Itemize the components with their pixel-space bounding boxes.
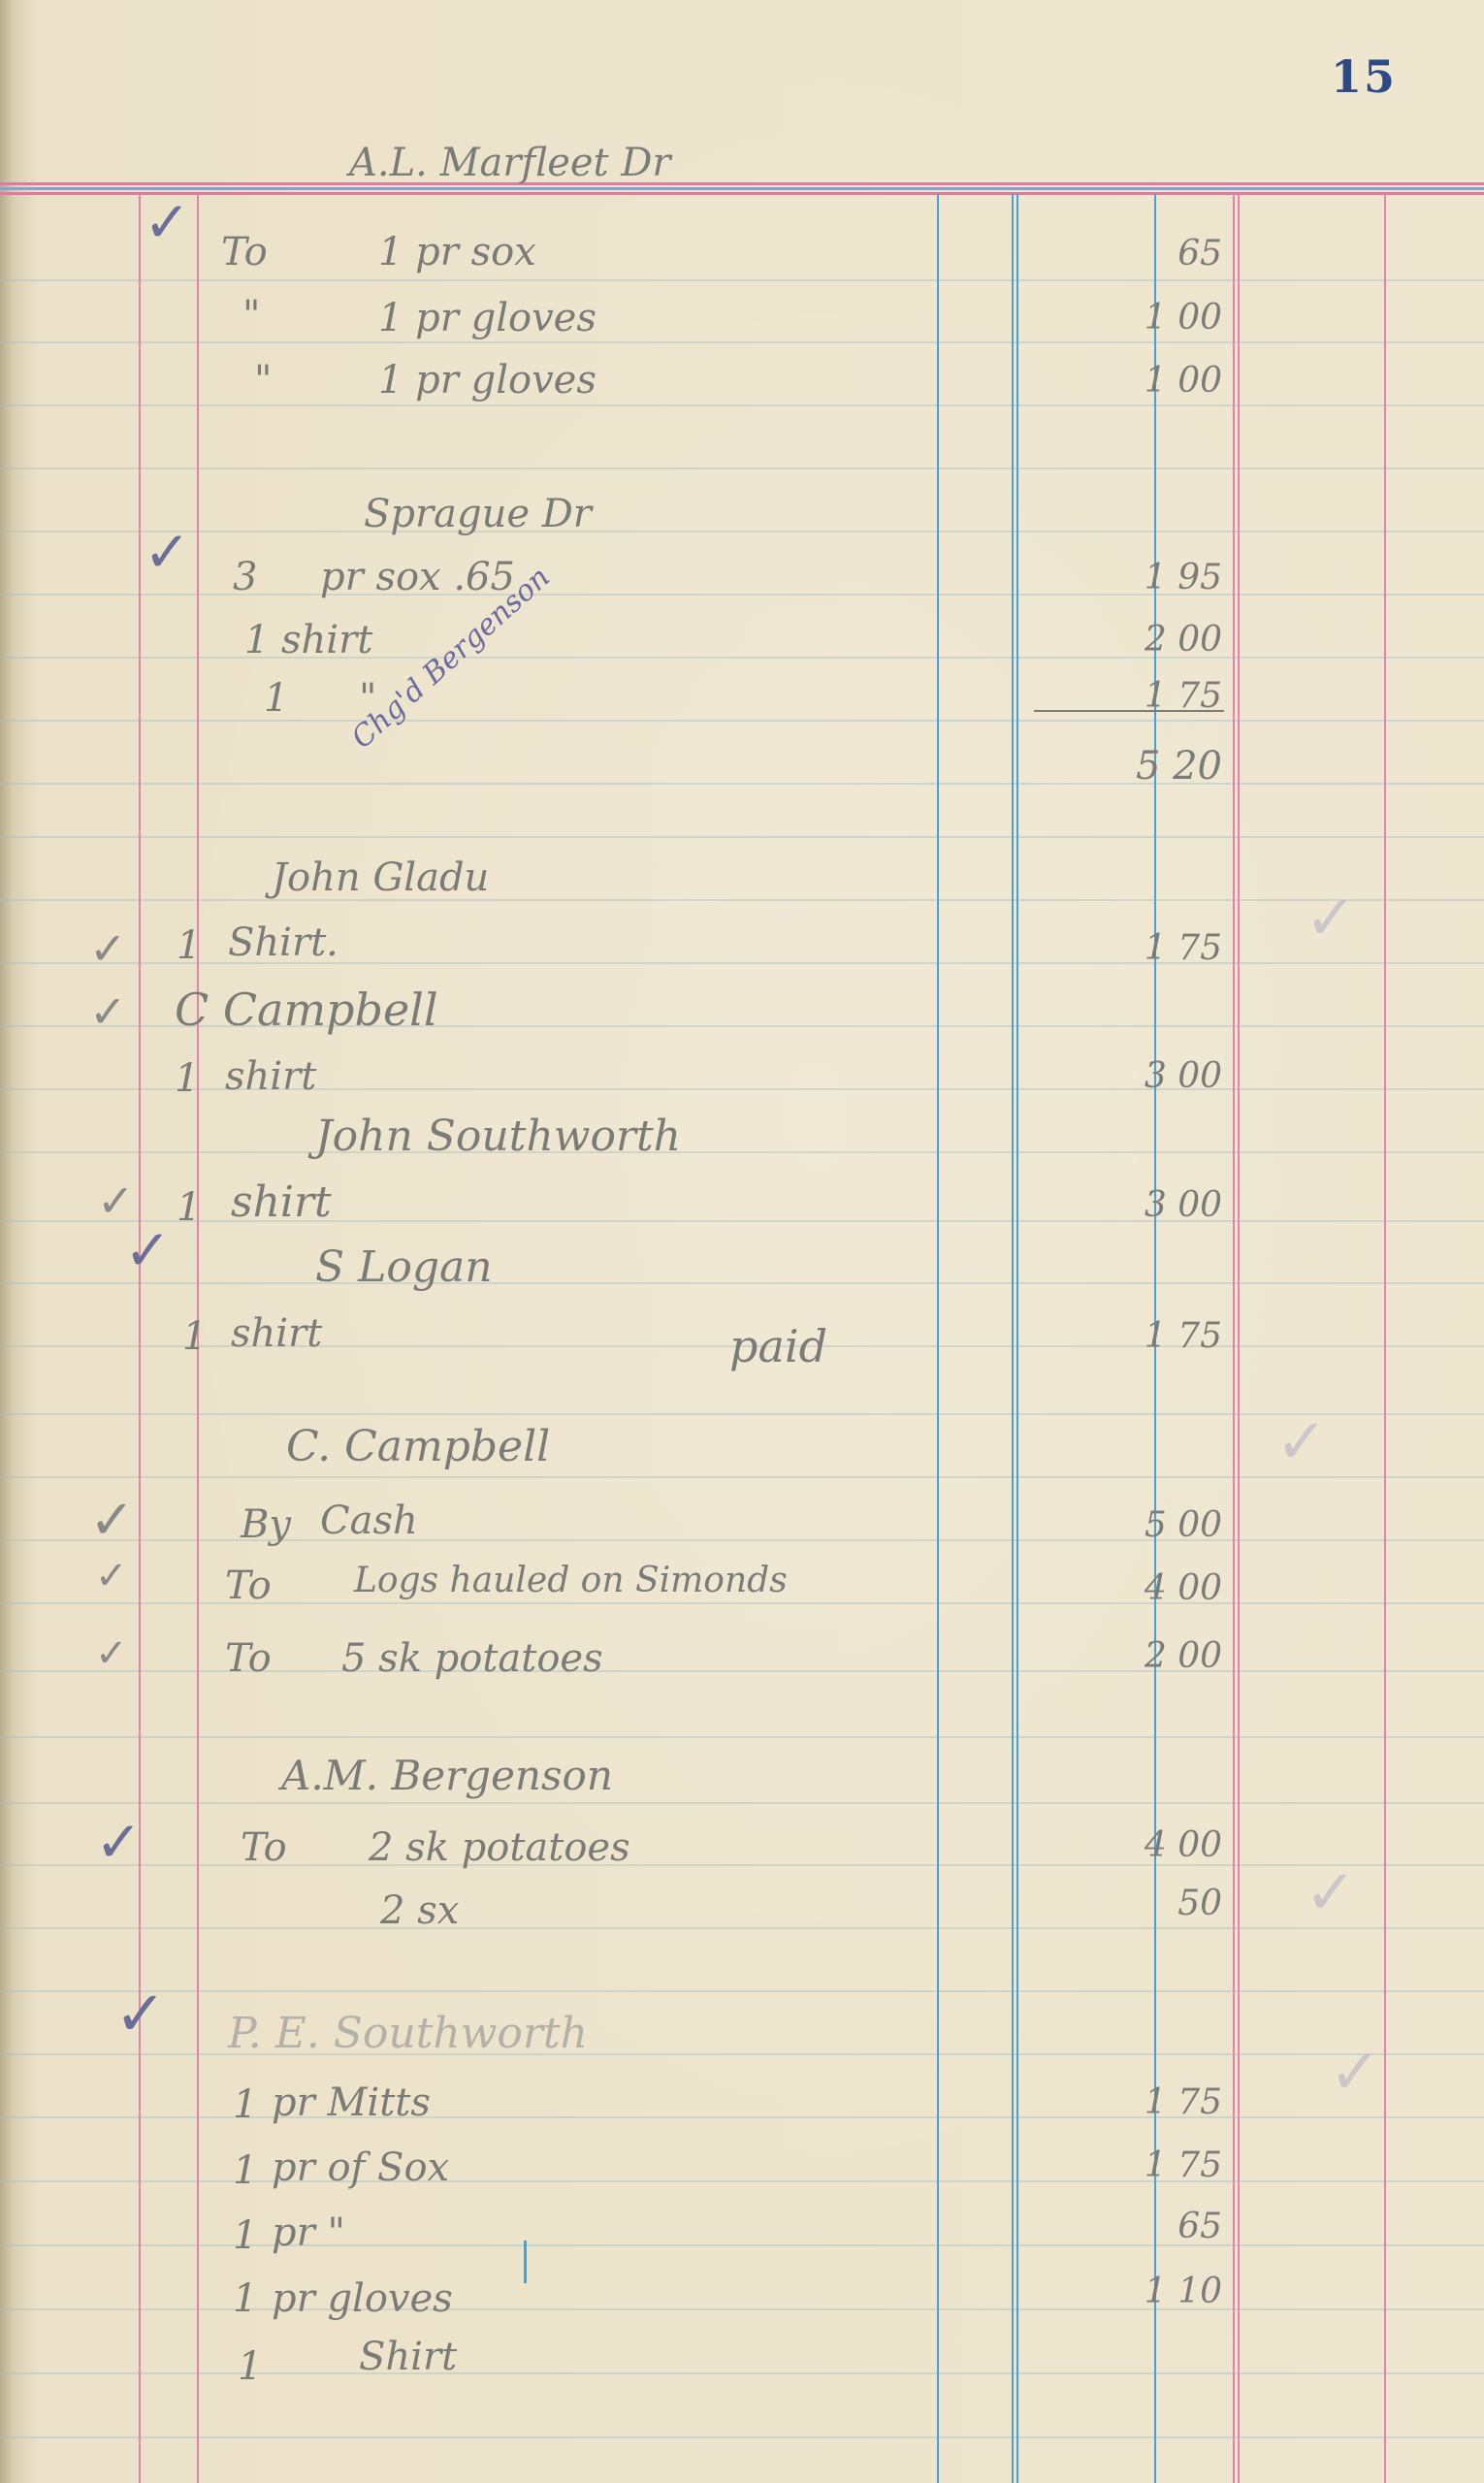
- entry-amount: 1 75: [1067, 2085, 1222, 2120]
- entry-description: 1 pr gloves: [378, 361, 597, 400]
- entry-amount: 3 00: [1067, 1059, 1222, 1094]
- entry-amount: 2 00: [1067, 623, 1222, 658]
- ruled-line: [0, 531, 1484, 532]
- ghost-check-icon: ✓: [1305, 1862, 1357, 1924]
- entry-amount: 65: [1067, 2209, 1222, 2244]
- entry-prefix: By: [241, 1505, 291, 1544]
- entry-description: pr of Sox: [272, 2148, 449, 2187]
- account-total: 5 20: [1067, 747, 1222, 786]
- ruled-line: [0, 2053, 1484, 2055]
- entry-prefix: ": [242, 296, 260, 335]
- column-rule: [937, 194, 939, 2483]
- entry-prefix: 1: [233, 2151, 257, 2190]
- ruled-line: [0, 2436, 1484, 2438]
- entry-prefix: 1: [177, 926, 201, 965]
- check-icon: ✓: [89, 1494, 135, 1548]
- sum-underline: [1034, 710, 1224, 712]
- ruled-line: [0, 1476, 1484, 1478]
- entry-amount: 1 95: [1067, 561, 1222, 596]
- paid-note: paid: [729, 1324, 827, 1369]
- entry-description: 1 pr gloves: [378, 299, 597, 338]
- entry-description: Shirt: [359, 2338, 457, 2376]
- ruled-line: [0, 1220, 1484, 1222]
- column-rule: [1012, 194, 1014, 2483]
- entry-amount: 50: [1067, 1886, 1222, 1921]
- entry-amount: 65: [1067, 237, 1222, 272]
- entry-description: 2 sx: [380, 1891, 459, 1930]
- ruled-line: [0, 1282, 1484, 1284]
- entry-description: pr ": [272, 2213, 345, 2252]
- entry-prefix: To: [225, 1566, 272, 1605]
- entry-description: shirt: [231, 1181, 332, 1224]
- ruled-line: [0, 1413, 1484, 1415]
- ruled-line: [0, 1864, 1484, 1866]
- account-name: Sprague Dr: [364, 495, 592, 533]
- ruled-line: [0, 836, 1484, 838]
- entry-amount: 2 00: [1067, 1639, 1222, 1674]
- margin-rule-left: [139, 194, 141, 2483]
- account-name: C. Campbell: [286, 1426, 550, 1468]
- check-icon: ✓: [144, 194, 191, 250]
- ghost-check-icon: ✓: [1305, 887, 1357, 950]
- entry-prefix: 1: [175, 1059, 199, 1098]
- check-icon: ✓: [95, 1814, 143, 1870]
- entry-amount: 1 00: [1067, 364, 1222, 399]
- ghost-check-icon: ✓: [1275, 1411, 1328, 1473]
- entry-prefix: To: [225, 1639, 272, 1678]
- entry-prefix: 1: [177, 1188, 201, 1227]
- column-rule-total: [1238, 194, 1240, 2483]
- account-name: John Gladu: [272, 858, 489, 897]
- check-icon: ✓: [95, 1634, 128, 1673]
- page-number: 15: [1331, 50, 1397, 103]
- ruled-line: [0, 720, 1484, 722]
- ruled-line: [0, 2116, 1484, 2118]
- ruled-line: [0, 1990, 1484, 1992]
- entry-prefix: 1: [233, 2279, 257, 2318]
- entry-amount: 4 00: [1067, 1571, 1222, 1606]
- ruled-line: [0, 2372, 1484, 2374]
- ruled-line: [0, 657, 1484, 659]
- entry-description: shirt: [231, 1314, 322, 1353]
- entry-amount: 1 75: [1067, 931, 1222, 966]
- entry-prefix: 1: [264, 679, 288, 718]
- entry-description: Cash: [320, 1501, 418, 1540]
- account-name: A.L. Marfleet Dr: [349, 144, 671, 182]
- entry-description: 2 sk potatoes: [369, 1828, 630, 1867]
- entry-description: 1 pr sox: [378, 233, 536, 272]
- ghost-check-icon: ✓: [1329, 2042, 1381, 2104]
- entry-description: 5 sk potatoes: [341, 1639, 603, 1678]
- ruled-line: [0, 1088, 1484, 1090]
- account-name: S Logan: [315, 1246, 493, 1289]
- ruled-line: [0, 279, 1484, 281]
- entry-amount: 1 00: [1067, 301, 1222, 336]
- entry-description: pr Mitts: [272, 2083, 431, 2122]
- entry-amount: 1 10: [1067, 2274, 1222, 2309]
- entry-description: shirt: [281, 621, 372, 660]
- check-icon: ✓: [124, 1222, 172, 1278]
- ruled-line: [0, 1602, 1484, 1604]
- column-rule: [1016, 194, 1018, 2483]
- account-name: C Campbell: [175, 987, 438, 1032]
- entry-prefix: To: [221, 233, 268, 272]
- ledger-page: 15 A.L. Marfleet Dr ✓ To 1 pr sox 65 " 1…: [0, 0, 1484, 2483]
- check-icon: ✓: [144, 524, 191, 580]
- ruled-line: [0, 1151, 1484, 1153]
- account-name: P. E. Southworth: [228, 2013, 588, 2055]
- check-icon: ✓: [114, 1983, 167, 2046]
- entry-prefix: 1: [233, 2085, 257, 2124]
- check-icon: ✓: [95, 1557, 128, 1596]
- entry-prefix: 1: [182, 1317, 207, 1356]
- entry-prefix: 1: [238, 2347, 262, 2386]
- header-rule: [0, 182, 1484, 196]
- ruled-line: [0, 2308, 1484, 2310]
- blue-pencil-mark: [524, 2241, 527, 2283]
- ruled-line: [0, 2180, 1484, 2182]
- ruled-line: [0, 1736, 1484, 1738]
- ruled-line: [0, 899, 1484, 901]
- column-rule-total: [1233, 194, 1235, 2483]
- entry-amount: 4 00: [1067, 1828, 1222, 1863]
- entry-prefix: 1: [244, 621, 269, 660]
- account-name: John Southworth: [315, 1115, 681, 1158]
- column-rule-right: [1384, 194, 1386, 2483]
- ruled-line: [0, 1927, 1484, 1929]
- entry-amount: 5 00: [1067, 1508, 1222, 1543]
- account-name: A.M. Bergenson: [281, 1756, 613, 1796]
- ruled-line: [0, 594, 1484, 596]
- entry-description: Logs hauled on Simonds: [354, 1564, 788, 1598]
- ruled-line: [0, 962, 1484, 964]
- ruled-line: [0, 341, 1484, 343]
- ruled-line: [0, 1539, 1484, 1541]
- check-icon: ✓: [89, 989, 127, 1034]
- entry-amount: 3 00: [1067, 1188, 1222, 1223]
- entry-description: Shirt.: [228, 923, 339, 962]
- entry-amount: 1 75: [1067, 2148, 1222, 2183]
- check-icon: ✓: [89, 926, 127, 971]
- entry-prefix: ": [254, 361, 272, 400]
- entry-description: pr sox .65: [320, 558, 515, 597]
- ruled-line: [0, 783, 1484, 785]
- entry-prefix: 3: [233, 558, 257, 597]
- ruled-line: [0, 1802, 1484, 1804]
- ruled-line: [0, 1670, 1484, 1672]
- ruled-line: [0, 404, 1484, 406]
- entry-amount: 1 75: [1067, 679, 1222, 714]
- entry-description: shirt: [225, 1057, 316, 1096]
- entry-prefix: To: [241, 1828, 287, 1867]
- entry-prefix: 1: [233, 2216, 257, 2255]
- entry-description: pr gloves: [272, 2279, 453, 2318]
- entry-amount: 1 75: [1067, 1319, 1222, 1354]
- ruled-line: [0, 2244, 1484, 2246]
- ruled-line: [0, 468, 1484, 469]
